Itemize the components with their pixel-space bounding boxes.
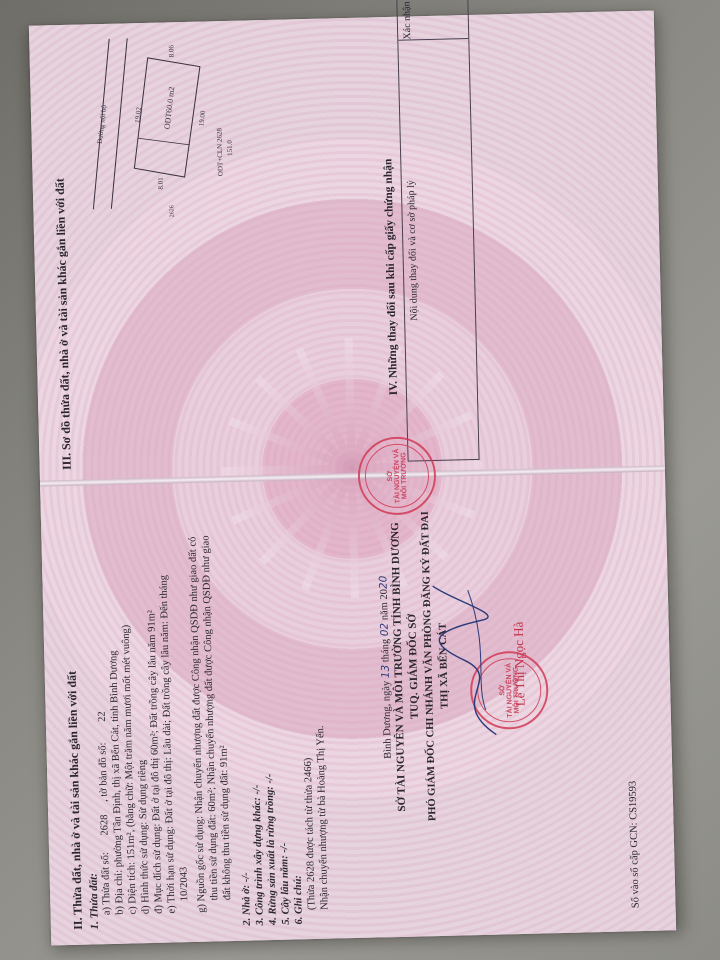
section-4-changes-table: IV. Những thay đổi sau khi cấp giấy chứn…	[381, 90, 480, 462]
zone-label: ODT60.0 m2	[162, 86, 176, 129]
right-page: III. Sơ đồ thửa đất, nhà ở và tài sản kh…	[49, 26, 649, 470]
date-day: 13	[380, 665, 392, 679]
page-seal-line-3: MÔI TRƯỜNG	[400, 452, 408, 499]
neighbor-parcel: 2626	[169, 205, 175, 217]
changes-grid: Nội dung thay đổi và cơ sở pháp lý Xác n…	[393, 0, 479, 462]
edge-bottom: 19.00	[197, 110, 207, 127]
handwritten-signature	[423, 579, 517, 741]
page-seal-line-2: TÀI NGUYÊN VÀ	[393, 448, 401, 503]
parcel-diagram: Đường nội bộ 19.02 19.00 8.01 8.06 ODT60…	[69, 25, 274, 240]
left-page: II. Thửa đất, nhà ở và tài sản khác gắn …	[60, 486, 660, 930]
authority-confirmation-header: Xác nhận của cơ quan có thẩm quyền	[395, 0, 469, 40]
edge-right: 8.06	[167, 44, 175, 57]
date-month: 02	[379, 623, 391, 637]
date-year: 20	[377, 576, 389, 590]
map-sheet-number: 22	[97, 711, 108, 722]
page-seal-line-1: SỞ	[386, 471, 393, 482]
changes-content-header: Nội dung thay đổi và cơ sở pháp lý	[398, 38, 478, 461]
parcel-area: 151.0	[226, 140, 234, 156]
certificate-sheet: III. Sơ đồ thửa đất, nhà ở và tài sản kh…	[29, 11, 676, 946]
edge-top: 19.02	[133, 106, 143, 123]
parcel-number-label: a) Thửa đất số:	[100, 852, 113, 915]
parcel-label: ODT+CLN 2628	[215, 127, 224, 176]
edge-left: 8.01	[157, 177, 165, 190]
parcel-number: 2628	[99, 814, 111, 835]
year-label: năm 20	[379, 589, 391, 620]
map-sheet-label: , tờ bản đồ số:	[97, 742, 109, 802]
road-label: Đường nội bộ	[96, 104, 108, 144]
section-4-title: IV. Những thay đổi sau khi cấp giấy chứn…	[381, 92, 402, 462]
registry-number: Số vào sổ cấp GCN: CS19593	[627, 781, 641, 909]
month-label: tháng	[380, 639, 392, 663]
